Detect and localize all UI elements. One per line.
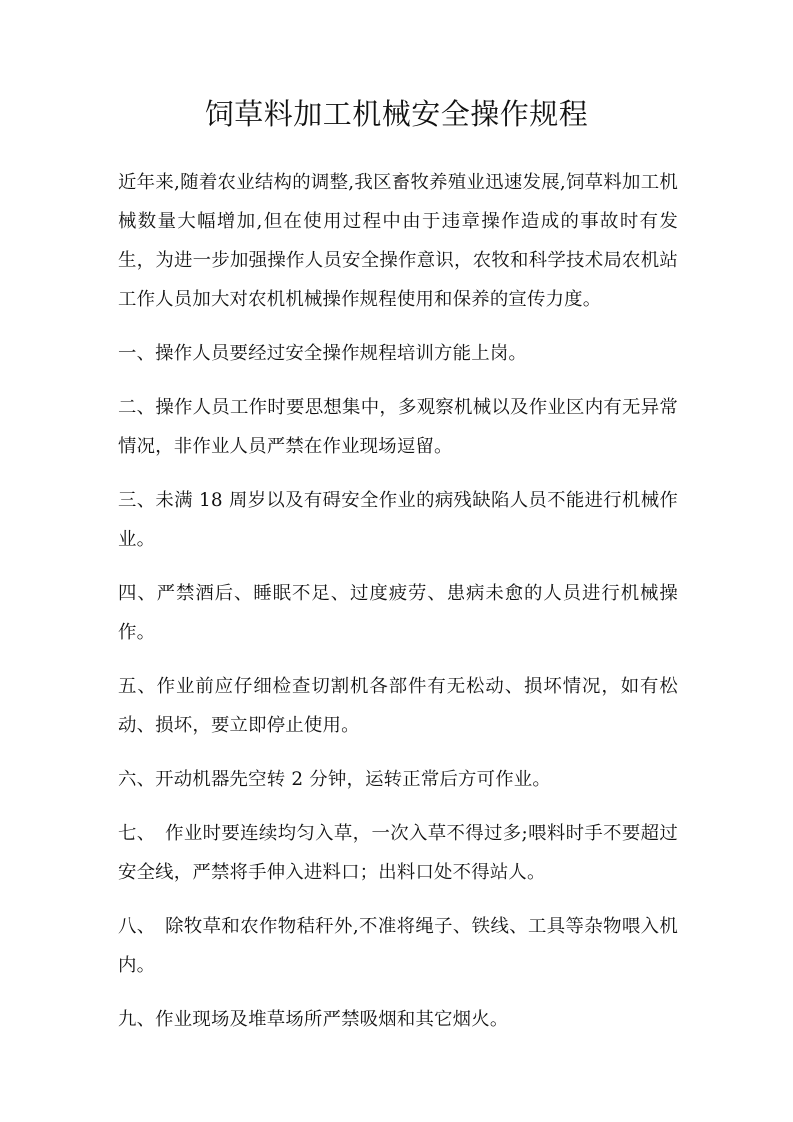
rule-6: 六、开动机器先空转 2 分钟，运转正常后方可作业。 (118, 760, 678, 799)
intro-paragraph: 近年来,随着农业结构的调整,我区畜牧养殖业迅速发展,饲草料加工机械数量大幅增加,… (118, 163, 678, 319)
document-title: 饲草料加工机械安全操作规程 (0, 94, 793, 134)
rule-2: 二、操作人员工作时要思想集中，多观察机械以及作业区内有无异常情况，非作业人员严禁… (118, 388, 678, 466)
rule-7: 七、 作业时要连续均匀入草，一次入草不得过多;喂料时手不要超过安全线，严禁将手伸… (118, 814, 678, 892)
rule-9: 九、作业现场及堆草场所严禁吸烟和其它烟火。 (118, 1000, 678, 1039)
rule-3: 三、未满 18 周岁以及有碍安全作业的病残缺陷人员不能进行机械作业。 (118, 481, 678, 559)
document-page: 饲草料加工机械安全操作规程 近年来,随着农业结构的调整,我区畜牧养殖业迅速发展,… (0, 0, 793, 1122)
rule-8: 八、 除牧草和农作物秸秆外,不准将绳子、铁线、工具等杂物喂入机内。 (118, 907, 678, 985)
rule-1: 一、操作人员要经过安全操作规程培训方能上岗。 (118, 334, 678, 373)
rule-4: 四、严禁酒后、睡眠不足、过度疲劳、患病未愈的人员进行机械操作。 (118, 574, 678, 652)
document-body: 近年来,随着农业结构的调整,我区畜牧养殖业迅速发展,饲草料加工机械数量大幅增加,… (118, 163, 678, 1054)
rule-5: 五、作业前应仔细检查切割机各部件有无松动、损坏情况，如有松动、损坏，要立即停止使… (118, 667, 678, 745)
